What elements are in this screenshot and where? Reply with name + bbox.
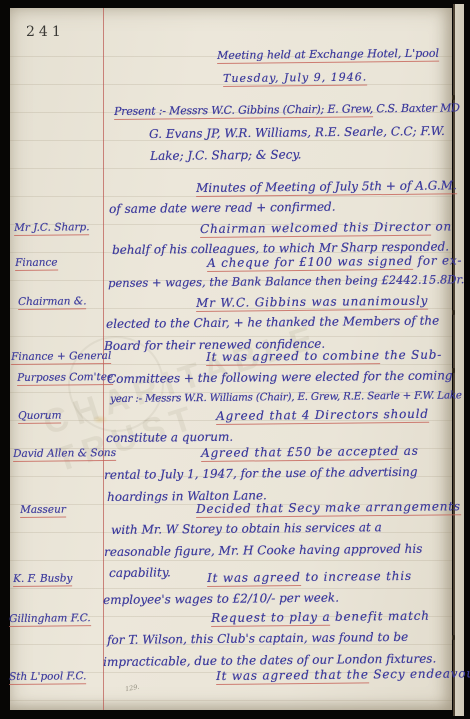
meeting-location-line: Meeting held at Exchange Hotel, L'pool	[217, 47, 439, 62]
entry-line: It was agreed to increase this	[207, 569, 412, 585]
entry-line: Agreed that 4 Directors should	[216, 407, 429, 423]
entry-line: It was agreed to combine the Sub-	[206, 348, 442, 364]
margin-label: Purposes Com'tee	[17, 371, 113, 384]
minutes-line: of same date were read + confirmed.	[109, 200, 336, 216]
margin-label: Masseur	[20, 504, 66, 516]
binding-stitch	[452, 635, 455, 640]
entry-line: Decided that Secy make arrangements	[196, 499, 461, 516]
margin-label: Finance + General	[11, 350, 111, 363]
present-line: Lake; J.C. Sharp; & Secy.	[150, 147, 301, 163]
entry-line: Chairman welcomed this Director on	[200, 219, 452, 236]
margin-label: David Allen & Sons	[13, 447, 116, 460]
margin-label: Mr J.C. Sharp.	[14, 221, 90, 234]
entry-line: employee's wages to £2/10/- per week.	[103, 591, 339, 607]
binding-stitch	[452, 95, 455, 100]
margin-label: Gillingham F.C.	[9, 612, 91, 625]
margin-label: Finance	[15, 257, 58, 269]
entry-line: A cheque for £100 was signed for ex-	[207, 253, 462, 270]
margin-label: Quorum	[18, 410, 62, 422]
margin-label: K. F. Busby	[13, 572, 72, 585]
entry-line: Request to play a benefit match	[211, 609, 430, 625]
margin-label: Chairman &.	[18, 295, 87, 308]
entry-line: Mr W.C. Gibbins was unanimously	[196, 294, 428, 310]
entry-line: capability.	[109, 565, 171, 580]
scanned-minute-book-page: CHARITABLE TRUST 241 Meeting held at Exc…	[0, 0, 470, 719]
entry-line: with Mr. W Storey to obtain his services…	[111, 520, 382, 537]
binding-stitch	[452, 310, 455, 315]
margin-label: Sth L'pool F.C.	[9, 670, 87, 683]
meeting-date-line: Tuesday, July 9, 1946.	[223, 70, 367, 85]
entry-line: constitute a quorum.	[106, 430, 233, 445]
minutes-line: Minutes of Meeting of July 5th + of A.G.…	[196, 178, 457, 195]
page-number: 241	[26, 24, 65, 40]
entry-line: It was agreed that the Secy endeavour	[216, 666, 470, 683]
entry-line: Agreed that £50 be accepted as	[201, 444, 419, 460]
